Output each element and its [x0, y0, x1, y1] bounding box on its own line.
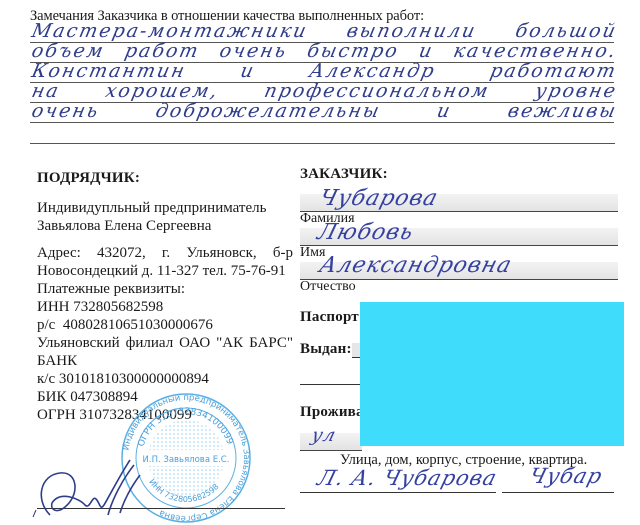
handwritten-word: работают — [488, 60, 619, 82]
word: филиал — [126, 334, 174, 352]
handwritten-word: доброжелательны — [154, 100, 383, 122]
remarks-handwritten-line: объемработоченьбыстроикачественно. — [30, 40, 620, 62]
handwritten-word: большой — [513, 20, 619, 42]
residence-label: Прожива — [300, 404, 364, 421]
handwritten-word: быстро — [305, 40, 401, 62]
contractor-bank-line1: УльяновскийфилиалОАО"АКБАРС" — [37, 334, 293, 352]
payment-title: Платежные реквизиты: — [37, 280, 293, 298]
handwritten-word: уровне — [533, 80, 619, 102]
issued-field[interactable] — [352, 343, 360, 358]
remarks-handwritten-line: КонстантиниАлександрработают — [30, 60, 620, 82]
word: БАРС" — [249, 334, 293, 352]
remarks-handwritten-line: нахорошем,профессиональномуровне — [30, 80, 620, 102]
handwritten-word: и — [417, 40, 436, 62]
issued-label: Выдан: — [300, 341, 352, 358]
handwritten-word: хорошем, — [104, 80, 221, 102]
word: Ульяновский — [37, 334, 120, 352]
name-value: Любовь — [315, 220, 417, 245]
customer-signature-mark: Чубар — [527, 464, 606, 488]
handwritten-word: Мастера-монтажники — [30, 20, 310, 42]
handwritten-word: и — [238, 60, 257, 82]
surname-value: Чубарова — [317, 186, 441, 211]
handwritten-word: Константин — [30, 60, 189, 82]
word: г. — [162, 244, 170, 262]
word: 432072, — [97, 244, 146, 262]
contractor-heading: ПОДРЯДЧИК: — [37, 170, 140, 187]
contractor-signature — [30, 455, 160, 525]
issued-line — [300, 384, 362, 385]
customer-name-signature-line — [300, 492, 496, 493]
contractor-bank-line2: БАНК — [37, 352, 293, 370]
customer-heading: ЗАКАЗЧИК: — [300, 166, 388, 183]
handwritten-word: работ — [123, 40, 202, 62]
word: "АК — [216, 334, 243, 352]
contractor-info: Индивидупльный предприниматель Завьялова… — [37, 199, 266, 235]
handwritten-word: на — [30, 80, 63, 102]
contractor-address-line2: Новосондецкий д. 11-327 тел. 75-76-91 — [37, 262, 293, 280]
word: б-р — [273, 244, 293, 262]
word: Адрес: — [37, 244, 81, 262]
passport-label: Паспорт: — [300, 309, 364, 326]
patronymic-value: Александровна — [317, 253, 515, 278]
remarks-line — [30, 122, 614, 123]
customer-signature-name: Л. А. Чубарова — [315, 466, 500, 490]
contractor-inn: ИНН 732805682598 — [37, 298, 293, 316]
handwritten-word: очень — [218, 40, 290, 62]
remarks-line — [30, 143, 615, 144]
handwritten-word: вежливы — [506, 100, 619, 122]
word: ОАО — [179, 334, 210, 352]
handwritten-word: качественно. — [451, 40, 619, 62]
customer-signature-line — [502, 492, 614, 493]
contractor-name-line2: Завьялова Елена Сергеевна — [37, 217, 266, 235]
handwritten-word: профессиональном — [262, 80, 492, 102]
remarks-handwritten-line: оченьдоброжелательныивежливы — [30, 100, 620, 122]
handwritten-word: объем — [30, 40, 107, 62]
contractor-name-line1: Индивидупльный предприниматель — [37, 199, 266, 217]
patronymic-label: Отчество — [300, 279, 356, 295]
contractor-address-line1: Адрес:432072,г.Ульяновск,б-р — [37, 244, 293, 262]
handwritten-word: выполнили — [345, 20, 479, 42]
handwritten-word: и — [435, 100, 454, 122]
redaction-block — [360, 302, 624, 446]
word: Ульяновск, — [186, 244, 256, 262]
contractor-corr-account: к/с 30101810300000000894 — [37, 370, 293, 388]
handwritten-word: Александр — [307, 60, 437, 82]
remarks-handwritten-line: Мастера-монтажникивыполнилибольшой — [30, 20, 620, 42]
contractor-account: р/с 40802810651030000676 — [37, 316, 293, 334]
handwritten-word: очень — [30, 100, 102, 122]
